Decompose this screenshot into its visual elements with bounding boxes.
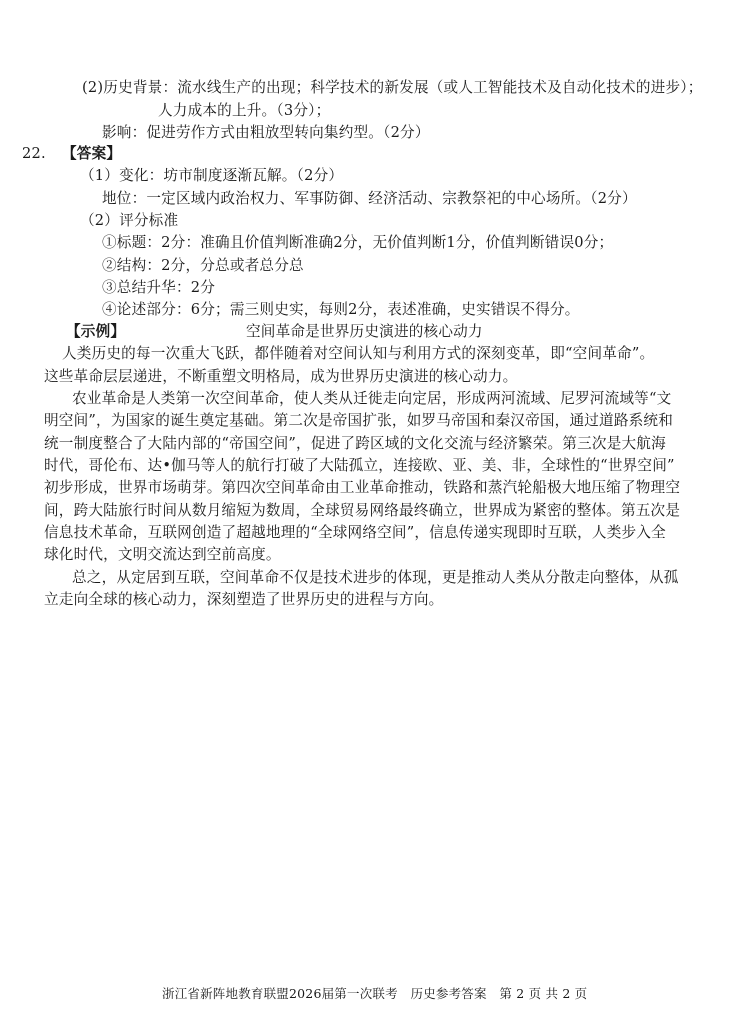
criteria-3: ③总结升华：2分 [102, 278, 215, 298]
q22-answer-label: 【答案】 [62, 144, 121, 164]
example-title: 空间革命是世界历史演进的核心动力 [246, 322, 483, 342]
essay-line: 立走向全球的核心动力，深刻塑造了世界历史的进程与方向。 [44, 590, 443, 610]
essay-line: 初步形成，世界市场萌芽。第四次空间革命由工业革命推动，铁路和蒸汽轮船极大地压缩了… [44, 478, 680, 498]
essay-line: 球化时代，文明交流达到空前高度。 [44, 545, 281, 565]
essay-line: 明空间”，为国家的诞生奠定基础。第二次是帝国扩张，如罗马帝国和秦汉帝国，通过道路… [44, 411, 673, 431]
q22-part2-title: （2）评分标准 [80, 211, 178, 231]
q22-number: 22. [22, 144, 46, 164]
q22-part1-change: （1）变化：坊市制度逐渐瓦解。（2分） [80, 166, 343, 186]
essay-line: 农业革命是人类第一次空间革命，使人类从迁徙走向定居，形成两河流域、尼罗河流域等“… [72, 389, 671, 409]
essay-line: 这些革命层层递进，不断重塑文明格局，成为世界历史演进的核心动力。 [44, 367, 517, 387]
essay-line: 人类历史的每一次重大飞跃，都伴随着对空间认知与利用方式的深刻变革，即“空间革命”… [62, 344, 654, 364]
essay-line: 统一制度整合了大陆内部的“帝国空间”，促进了跨区域的文化交流与经济繁荣。第三次是… [44, 434, 666, 454]
criteria-2: ②结构：2分，分总或者总分总 [102, 256, 304, 276]
q21-background-line2: 人力成本的上升。（3分）； [158, 101, 330, 121]
example-label: 【示例】 [66, 322, 125, 342]
essay-line: 总之，从定居到互联，空间革命不仅是技术进步的体现，更是推动人类从分散走向整体，从… [72, 568, 679, 588]
q21-impact: 影响：促进劳作方式由粗放型转向集约型。（2分） [102, 123, 430, 143]
q22-part1-status: 地位：一定区域内政治权力、军事防御、经济活动、宗教祭祀的中心场所。（2分） [102, 189, 637, 209]
page-footer: 浙江省新阵地教育联盟2026届第一次联考 历史参考答案 第 2 页 共 2 页 [162, 984, 587, 1002]
essay-line: 时代，哥伦布、达•伽马等人的航行打破了大陆孤立，连接欧、亚、美、非，全球性的“世… [44, 456, 675, 476]
criteria-4: ④论述部分：6分；需三则史实，每则2分，表述准确，史实错误不得分。 [102, 300, 580, 320]
q21-background-line1: (2)历史背景：流水线生产的出现；科学技术的新发展（或人工智能技术及自动化技术的… [82, 78, 703, 98]
essay-line: 信息技术革命，互联网创造了超越地理的“全球网络空间”，信息传递实现即时互联，人类… [44, 523, 666, 543]
criteria-1: ①标题：2分：准确且价值判断准确2分，无价值判断1分，价值判断错误0分； [102, 233, 613, 253]
essay-line: 间，跨大陆旅行时间从数月缩短为数周，全球贸易网络最终确立，世界成为紧密的整体。第… [44, 501, 680, 521]
